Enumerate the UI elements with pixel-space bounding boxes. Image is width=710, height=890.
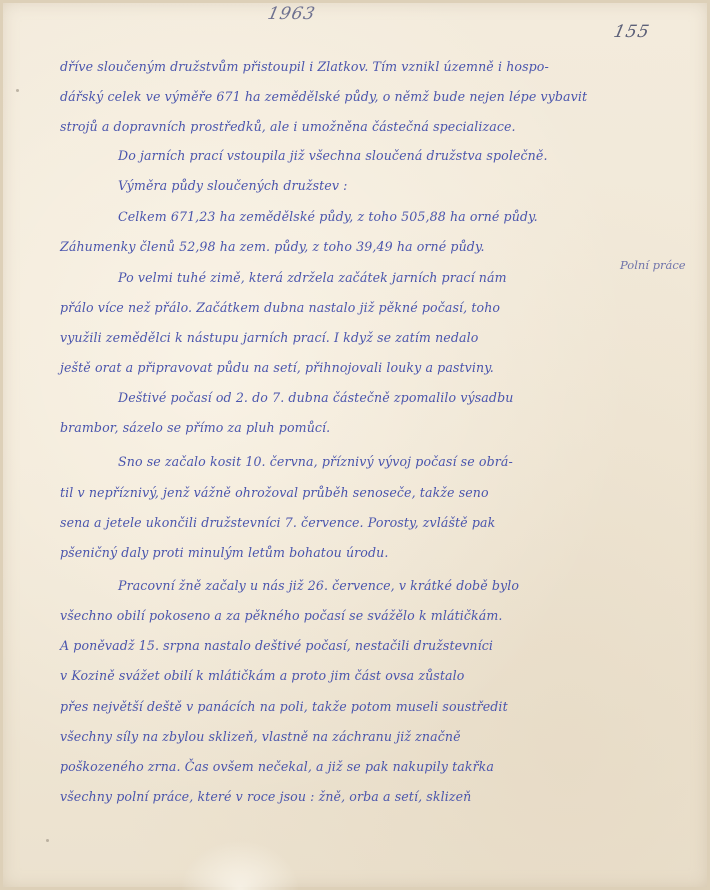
text-line: til v nepříznivý, jenž vážně ohrožoval p…	[60, 485, 489, 501]
text-line: pšeničný daly proti minulým letům bohato…	[60, 545, 388, 561]
text-line: přes největší deště v panácích na poli, …	[60, 699, 508, 715]
text-line: sena a jetele ukončili družstevníci 7. č…	[60, 515, 495, 531]
margin-note: Polní práce	[620, 258, 686, 272]
text-line: Do jarních prací vstoupila již všechna s…	[118, 148, 548, 164]
text-line: všechny síly na zbylou sklizeň, vlastně …	[60, 729, 461, 745]
text-line: brambor, sázelo se přímo za pluh pomůcí.	[60, 420, 330, 436]
text-line: ještě orat a připravovat půdu na setí, p…	[60, 360, 494, 376]
text-line: Celkem 671,23 ha zemědělské půdy, z toho…	[118, 209, 538, 225]
text-line: využili zemědělci k nástupu jarních prac…	[60, 330, 478, 346]
paper-speck	[16, 89, 19, 92]
text-line: všechny polní práce, které v roce jsou :…	[60, 789, 471, 805]
text-line: A poněvadž 15. srpna nastalo deštivé poč…	[60, 638, 493, 654]
text-line: Sno se začalo kosit 10. června, příznivý…	[118, 454, 513, 470]
paper-speck	[46, 839, 49, 842]
text-line: Záhumenky členů 52,98 ha zem. půdy, z to…	[60, 239, 485, 255]
text-line: všechno obilí pokoseno a za pěkného poča…	[60, 608, 503, 624]
text-line: Po velmi tuhé zimě, která zdržela začáte…	[118, 270, 507, 286]
page-number: 155	[612, 22, 652, 42]
paper-fold-shade	[180, 840, 300, 890]
text-line: strojů a dopravních prostředků, ale i um…	[60, 119, 516, 135]
text-line: dářský celek ve výměře 671 ha zemědělské…	[60, 89, 587, 105]
text-line: Pracovní žně začaly u nás již 26. červen…	[118, 578, 519, 594]
text-line: dříve sloučeným družstvům přistoupil i Z…	[60, 59, 549, 75]
text-line: poškozeného zrna. Čas ovšem nečekal, a j…	[60, 759, 494, 775]
chronicle-page: 1963 155 Polní práce dříve sloučeným dru…	[0, 0, 710, 890]
text-line: Deštivé počasí od 2. do 7. dubna částečn…	[118, 390, 513, 406]
text-line: Výměra půdy sloučených družstev :	[118, 178, 348, 194]
text-line: přálo více než přálo. Začátkem dubna nas…	[60, 300, 500, 316]
text-line: v Kozině svážet obilí k mlátičkám a prot…	[60, 668, 464, 684]
year-heading: 1963	[266, 4, 318, 24]
